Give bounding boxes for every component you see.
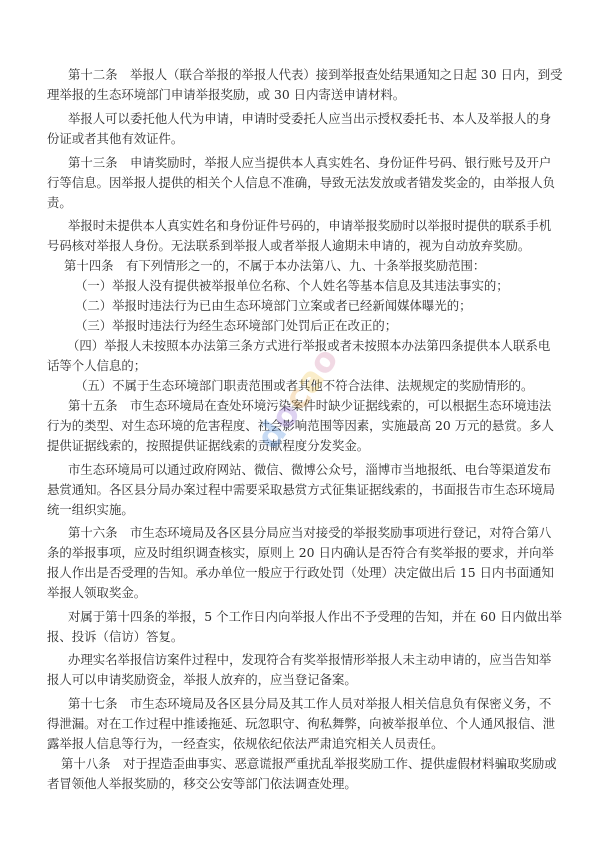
text-line: （一）举报人没有提供被举报单位名称、个人姓名等基本信息及其违法事实的； <box>75 277 549 295</box>
text-line: 者冒领他人举报奖励的，移交公安等部门依法调查处理。 <box>47 775 549 793</box>
text-line: 理举报的生态环境部门申请举报奖励，或 30 日内寄送申请材料。 <box>47 86 549 104</box>
text-line: 提供证据线索的，按照提供证据线索的贡献程度分发奖金。 <box>47 437 549 455</box>
text-line: 办理实名举报信访案件过程中，发现符合有奖举报情形举报人未主动申请的，应当告知举 <box>68 651 549 669</box>
text-line: 第十六条 市生态环境局及各区县分局应当对接受的举报奖励事项进行登记，对符合第八 <box>68 524 549 542</box>
text-line: 责。 <box>47 194 549 212</box>
text-line: 露举报人信息等行为，一经查实，依规依纪依法严肃追究相关人员责任。 <box>47 735 549 753</box>
text-line: 对属于第十四条的举报，5 个工作日内向举报人作出不予受理的告知，并在 60 日内… <box>68 608 549 626</box>
text-line: 举报人可以委托他人代为申请，申请时受委托人应当出示授权委托书、本人及举报人的身 <box>68 110 549 128</box>
text-line: （四）举报人未按照本办法第三条方式进行举报或者未按照本办法第四条提供本人联系电 <box>67 337 549 355</box>
text-line: 第十七条 市生态环境局及各区县分局及其工作人员对举报人相关信息负有保密义务，不 <box>68 695 549 713</box>
text-line: （五）不属于生态环境部门职责范围或者其他不符合法律、法规规定的奖励情形的。 <box>75 377 549 395</box>
text-line: 第十五条 市生态环境局在查处环境污染案件时缺少证据线索的，可以根据生态环境违法 <box>68 397 549 415</box>
text-line: 条的举报事项，应及时组织调查核实，原则上 20 日内确认是否符合有奖举报的要求，… <box>47 544 549 562</box>
document-page: 第十二条 举报人（联合举报的举报人代表）接到举报查处结果通知之日起 30 日内，… <box>0 0 595 841</box>
text-line: 行为的类型、对生态环境的危害程度、社会影响范围等因素，实施最高 20 万元的悬赏… <box>47 417 549 435</box>
text-line: 悬赏通知。各区县分局办案过程中需要采取悬赏方式征集证据线索的，书面报告市生态环境… <box>47 481 549 499</box>
text-line: 第十八条 对于捏造歪曲事实、恶意谎报严重扰乱举报奖励工作、提供虚假材料骗取奖励或 <box>61 755 549 773</box>
text-line: （二）举报时违法行为已由生态环境部门立案或者已经新闻媒体曝光的； <box>75 297 549 315</box>
text-line: 报人作出是否受理的告知。承办单位一般应于行政处罚（处理）决定做出后 15 日内书… <box>47 564 549 582</box>
text-line: 得泄漏。对在工作过程中推诿拖延、玩忽职守、徇私舞弊，向被举报单位、个人通风报信、… <box>47 715 549 733</box>
text-line: 号码核对举报人身份。无法联系到举报人或者举报人逾期未申请的，视为自动放弃奖励。 <box>47 237 549 255</box>
text-line: 统一组织实施。 <box>47 501 549 519</box>
text-line: 第十三条 申请奖励时，举报人应当提供本人真实姓名、身份证件号码、银行账号及开户 <box>68 154 549 172</box>
text-line: 行等信息。因举报人提供的相关个人信息不准确，导致无法发放或者错发奖金的，由举报人… <box>47 174 549 192</box>
text-line: （三）举报时违法行为经生态环境部门处罚后正在改正的； <box>75 317 549 335</box>
text-line: 报、投诉（信访）答复。 <box>47 628 549 646</box>
text-line: 市生态环境局可以通过政府网站、微信、微博公众号，淄博市当地报纸、电台等渠道发布 <box>68 461 549 479</box>
text-line: 第十四条 有下列情形之一的，不属于本办法第八、九、十条举报奖励范围： <box>64 257 549 275</box>
text-line: 报人可以申请奖励资金，举报人放弃的，应当登记备案。 <box>47 671 549 689</box>
text-line: 话等个人信息的； <box>47 357 549 375</box>
text-line: 第十二条 举报人（联合举报的举报人代表）接到举报查处结果通知之日起 30 日内，… <box>68 66 549 84</box>
text-line: 份证或者其他有效证件。 <box>47 130 549 148</box>
text-line: 举报时未提供本人真实姓名和身份证件号码的，申请举报奖励时以举报时提供的联系手机 <box>68 217 549 235</box>
text-line: 举报人领取奖金。 <box>47 584 549 602</box>
